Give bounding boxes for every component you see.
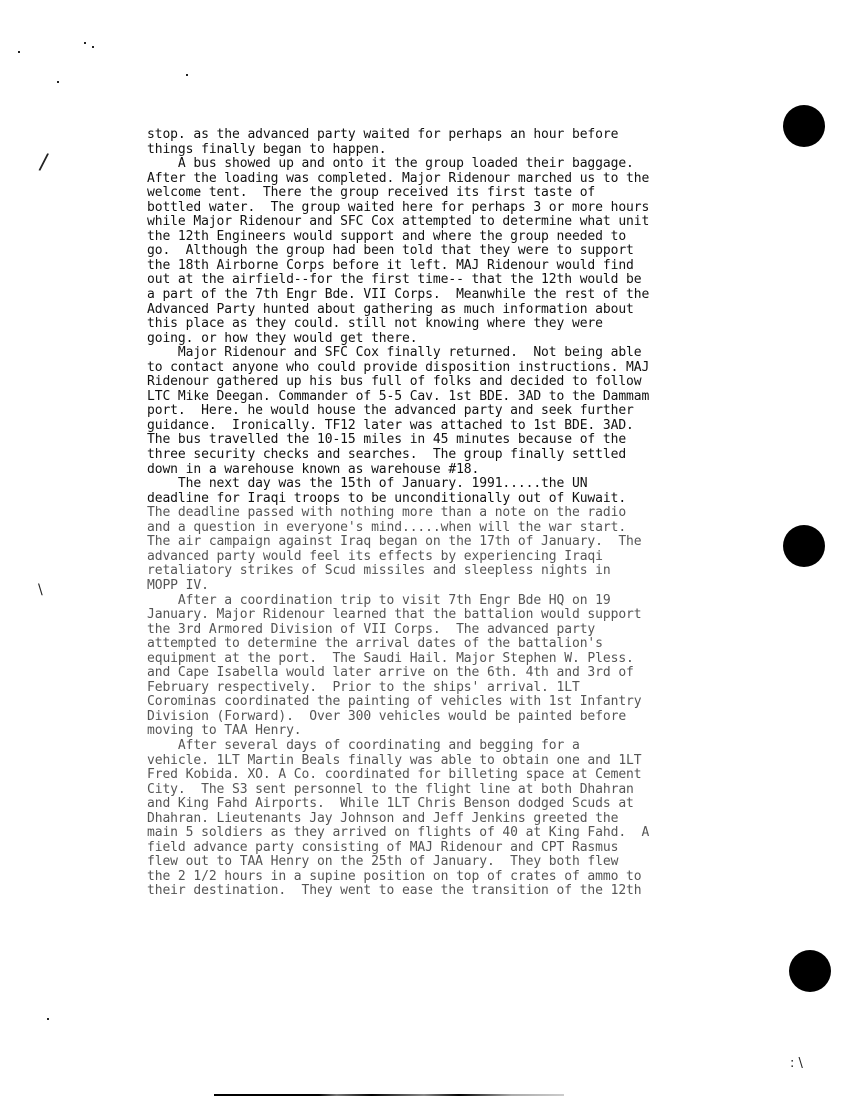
text-line: down in a warehouse known as warehouse #…: [147, 463, 687, 478]
scan-speck: [18, 51, 20, 53]
text-line: the 2 1/2 hours in a supine position on …: [147, 870, 687, 885]
text-line: a part of the 7th Engr Bde. VII Corps. M…: [147, 288, 687, 303]
punch-hole-middle: [783, 525, 825, 567]
text-line: go. Although the group had been told tha…: [147, 244, 687, 259]
text-line: The bus travelled the 10-15 miles in 45 …: [147, 433, 687, 448]
text-line: field advance party consisting of MAJ Ri…: [147, 841, 687, 856]
punch-hole-bottom: [789, 950, 831, 992]
text-line: and King Fahd Airports. While 1LT Chris …: [147, 797, 687, 812]
text-line: the 18th Airborne Corps before it left. …: [147, 259, 687, 274]
scan-speck: [92, 46, 94, 48]
text-line: main 5 soldiers as they arrived on fligh…: [147, 826, 687, 841]
text-line: Dhahran. Lieutenants Jay Johnson and Jef…: [147, 812, 687, 827]
text-line: equipment at the port. The Saudi Hail. M…: [147, 652, 687, 667]
text-line: going. or how they would get there.: [147, 332, 687, 347]
text-line: After the loading was completed. Major R…: [147, 172, 687, 187]
scan-speck: [47, 1018, 49, 1020]
text-line: The air campaign against Iraq began on t…: [147, 535, 687, 550]
text-line: port. Here. he would house the advanced …: [147, 404, 687, 419]
text-line: this place as they could. still not know…: [147, 317, 687, 332]
text-line: welcome tent. There the group received i…: [147, 186, 687, 201]
text-line: advanced party would feel its effects by…: [147, 550, 687, 565]
margin-pencil-mark: /: [38, 150, 50, 176]
corner-scan-mark: : \: [790, 1056, 803, 1071]
text-line: Ridenour gathered up his bus full of fol…: [147, 375, 687, 390]
text-line: stop. as the advanced party waited for p…: [147, 128, 687, 143]
text-line: Fred Kobida. XO. A Co. coordinated for b…: [147, 768, 687, 783]
text-line: moving to TAA Henry.: [147, 724, 687, 739]
punch-hole-top: [783, 105, 825, 147]
text-line: their destination. They went to ease the…: [147, 884, 687, 899]
scanned-document-page: / \ : \ stop. as the advanced party wait…: [0, 0, 850, 1099]
text-line: January. Major Ridenour learned that the…: [147, 608, 687, 623]
text-line: Division (Forward). Over 300 vehicles wo…: [147, 710, 687, 725]
text-line: three security checks and searches. The …: [147, 448, 687, 463]
text-line: flew out to TAA Henry on the 25th of Jan…: [147, 855, 687, 870]
text-line: out at the airfield--for the first time-…: [147, 273, 687, 288]
text-line: the 12th Engineers would support and whe…: [147, 230, 687, 245]
text-line: City. The S3 sent personnel to the fligh…: [147, 783, 687, 798]
text-line: February respectively. Prior to the ship…: [147, 681, 687, 696]
document-body-text: stop. as the advanced party waited for p…: [147, 128, 687, 899]
text-line: vehicle. 1LT Martin Beals finally was ab…: [147, 754, 687, 769]
scan-speck: [57, 81, 59, 83]
text-line: and Cape Isabella would later arrive on …: [147, 666, 687, 681]
scan-speck: [186, 74, 188, 76]
text-line: MOPP IV.: [147, 579, 687, 594]
text-line: attempted to determine the arrival dates…: [147, 637, 687, 652]
text-line: deadline for Iraqi troops to be uncondit…: [147, 492, 687, 507]
margin-tick-mark: \: [38, 582, 43, 598]
text-line: LTC Mike Deegan. Commander of 5-5 Cav. 1…: [147, 390, 687, 405]
text-line: After a coordination trip to visit 7th E…: [147, 594, 687, 609]
text-line: to contact anyone who could provide disp…: [147, 361, 687, 376]
text-line: The next day was the 15th of January. 19…: [147, 477, 687, 492]
text-line: Advanced Party hunted about gathering as…: [147, 303, 687, 318]
text-line: Major Ridenour and SFC Cox finally retur…: [147, 346, 687, 361]
text-line: and a question in everyone's mind.....wh…: [147, 521, 687, 536]
text-line: After several days of coordinating and b…: [147, 739, 687, 754]
text-line: retaliatory strikes of Scud missiles and…: [147, 564, 687, 579]
text-line: A bus showed up and onto it the group lo…: [147, 157, 687, 172]
text-line: the 3rd Armored Division of VII Corps. T…: [147, 623, 687, 638]
text-line: while Major Ridenour and SFC Cox attempt…: [147, 215, 687, 230]
scan-speck: [84, 42, 86, 44]
text-line: Corominas coordinated the painting of ve…: [147, 695, 687, 710]
bottom-rule-line: [214, 1094, 564, 1096]
text-line: bottled water. The group waited here for…: [147, 201, 687, 216]
text-line: guidance. Ironically. TF12 later was att…: [147, 419, 687, 434]
text-line: things finally began to happen.: [147, 143, 687, 158]
text-line: The deadline passed with nothing more th…: [147, 506, 687, 521]
